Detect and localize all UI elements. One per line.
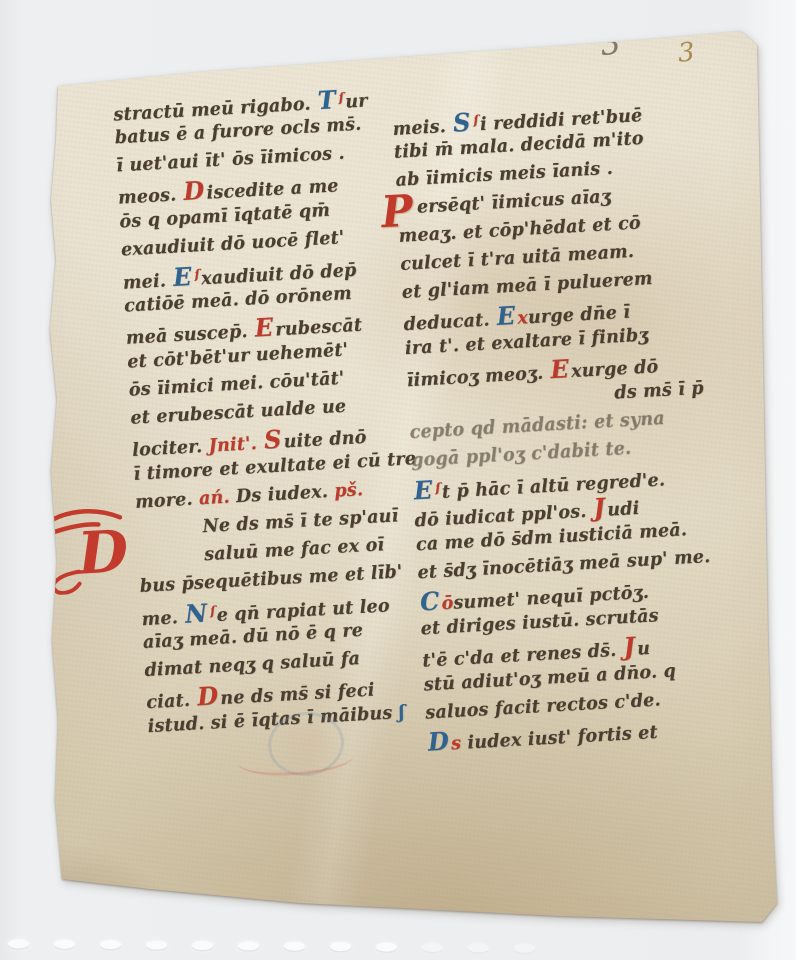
manuscript-leaf: stractū meū rigabo. Tſurbatus ē a furore… [0, 0, 796, 960]
text-segment-init-red: J [593, 492, 606, 523]
folio-number-pencil: 3 [597, 23, 623, 64]
text-segment-red: ań. [198, 487, 236, 510]
text-segment-init-blue: C [419, 586, 440, 617]
dropcap-glyph: D [74, 517, 130, 588]
manuscript-photo: stractū meū rigabo. Tſurbatus ē a furore… [0, 0, 796, 960]
perforation-dot [238, 941, 259, 950]
text-segment-blue: ʃ [398, 702, 405, 723]
text-segment-init-red: E [550, 353, 570, 384]
text-segment-fl: ſ [435, 480, 441, 495]
sleeve-perforation-strip [0, 925, 640, 960]
text-segment-init-blue: E [496, 300, 516, 331]
text-segment-init-blue: E [172, 261, 192, 292]
dropcap-initial-d: D [35, 504, 156, 596]
text-segment-fl: ſ [338, 90, 344, 105]
perforation-dot [8, 939, 29, 948]
script-layer: stractū meū rigabo. Tſurbatus ē a furore… [60, 51, 796, 909]
perforation-dot [54, 940, 75, 949]
perforation-dot [468, 943, 489, 952]
text-segment-ink: ds ms̄ ī p̄ [614, 378, 704, 404]
perforation-dot [284, 942, 305, 951]
text-segment-init-red-big: P [381, 201, 414, 224]
text-segment-fl: ſ [210, 603, 216, 618]
text-segment-ink: ur [345, 91, 368, 113]
text-segment-ink: Ds iudex. [235, 481, 334, 507]
text-segment-init-red: D [196, 680, 219, 711]
perforation-dot [330, 942, 351, 951]
text-segment-init-blue: T [317, 84, 337, 115]
leaf-shadow: stractū meū rigabo. Tſurbatus ē a furore… [0, 0, 796, 960]
perforation-dot [376, 942, 397, 951]
perforation-dot [146, 940, 167, 949]
text-segment-init-blue: D [427, 726, 450, 757]
folio-number-ink: 3 [677, 37, 696, 68]
perforation-dot [422, 943, 443, 952]
text-segment-ink: udi [607, 498, 640, 521]
perforation-dot [192, 941, 213, 950]
text-segment-init-red: D [183, 175, 206, 206]
text-segment-init-blue: S [452, 107, 471, 138]
text-column-left: stractū meū rigabo. Tſurbatus ē a furore… [112, 81, 436, 742]
text-column-right: meis. Sſi reddidi ret'buētibi m̄ mala. d… [392, 94, 730, 756]
text-segment-init-blue: E [413, 474, 433, 505]
text-segment-init-red: E [254, 312, 274, 343]
text-segment-init-red: S [263, 424, 282, 455]
text-segment-ink: u [637, 638, 651, 659]
perforation-dot [514, 944, 535, 953]
text-segment-ink: iudex iust' fortis et [461, 722, 659, 754]
text-segment-ink: ciat. [146, 690, 197, 714]
text-segment-init-red: J [623, 631, 636, 662]
text-segment-red: pš. [334, 480, 364, 502]
text-segment-init-blue: N [184, 598, 208, 629]
perforation-dot [100, 940, 121, 949]
